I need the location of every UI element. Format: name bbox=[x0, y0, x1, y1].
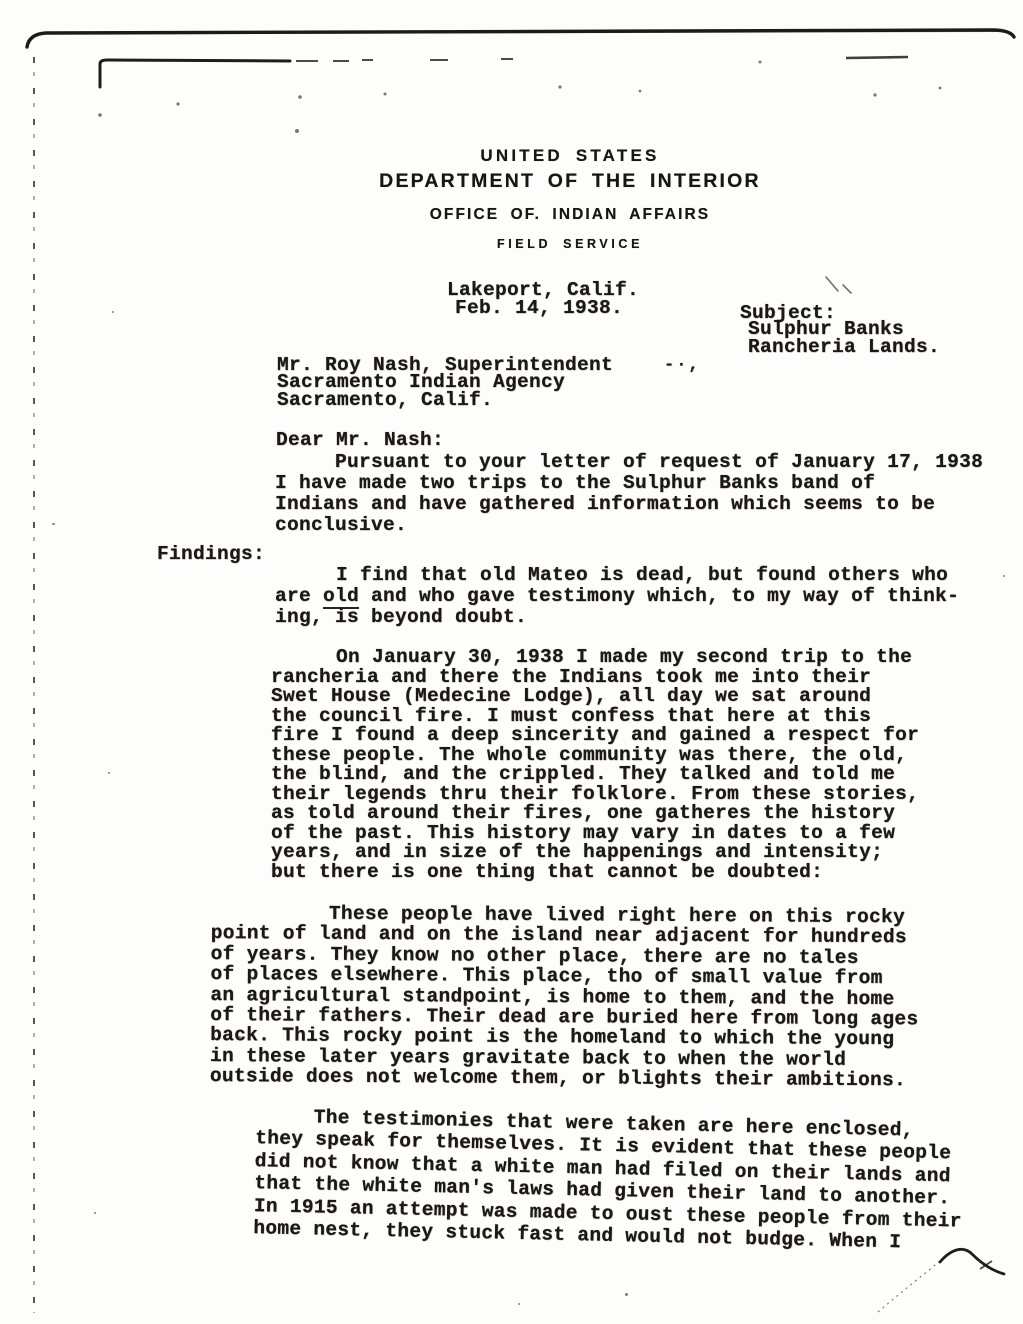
text-line: Rancheria Lands. bbox=[748, 338, 940, 356]
text-line: Indians and have gathered information wh… bbox=[275, 494, 983, 515]
scan-artifact-top-rules bbox=[0, 0, 1023, 140]
letterhead-department: DEPARTMENT OF THE INTERIOR bbox=[117, 170, 1023, 193]
paragraph-closing: The testimonies that were taken are here… bbox=[253, 1105, 964, 1255]
text-line: conclusive. bbox=[275, 515, 983, 536]
text-line: On January 30, 1938 I made my second tri… bbox=[271, 648, 919, 668]
scan-speck bbox=[108, 772, 110, 774]
text-line: Swet House (Medecine Lodge), all day we … bbox=[271, 687, 919, 707]
letterhead-office: OFFICE OF. INDIAN AFFAIRS bbox=[117, 206, 1023, 224]
paragraph-findings-2: On January 30, 1938 I made my second tri… bbox=[271, 648, 919, 882]
text-line: but there is one thing that cannot be do… bbox=[271, 863, 919, 883]
paragraph-findings-3: These people have lived right here on th… bbox=[210, 903, 919, 1091]
recipient-address: Mr. Roy Nash, SuperintendentSacramento I… bbox=[277, 357, 613, 409]
text-line: fire I found a deep sincerity and gained… bbox=[271, 726, 919, 746]
typewriter-stray-mark: -·, bbox=[664, 356, 701, 375]
text-line: outside does not welcome them, or blight… bbox=[210, 1066, 918, 1091]
scan-speck bbox=[52, 523, 55, 525]
text-line: I find that old Mateo is dead, but found… bbox=[275, 565, 959, 586]
scan-artifact-left-dashed-line bbox=[33, 57, 35, 1313]
letterhead-service: FIELD SERVICE bbox=[117, 237, 1023, 251]
text-line: are old and who gave testimony which, to… bbox=[275, 586, 959, 607]
text-line: ing, is beyond doubt. bbox=[275, 607, 959, 628]
salutation: Dear Mr. Nash: bbox=[276, 429, 444, 451]
text-line: I have made two trips to the Sulphur Ban… bbox=[275, 473, 983, 494]
dateline-date: Feb. 14, 1938. bbox=[455, 297, 623, 319]
scan-speck bbox=[518, 1303, 520, 1305]
text-line: Sacramento, Calif. bbox=[277, 392, 613, 409]
text-line: as told around their fires, one gatheres… bbox=[271, 804, 919, 824]
scan-speck bbox=[625, 1293, 628, 1296]
pen-tick-marks bbox=[820, 270, 860, 305]
paragraph-opening: Pursuant to your letter of request of Ja… bbox=[275, 452, 983, 536]
scan-speck bbox=[112, 311, 114, 313]
text-line: the blind, and the crippled. They talked… bbox=[271, 765, 919, 785]
scan-speck bbox=[1003, 575, 1005, 577]
text-line: Pursuant to your letter of request of Ja… bbox=[275, 452, 983, 473]
scanned-letter-page: UNITED STATES DEPARTMENT OF THE INTERIOR… bbox=[0, 0, 1023, 1324]
findings-heading: Findings: bbox=[157, 543, 265, 565]
text-line: years, and in size of the happenings and… bbox=[271, 843, 919, 863]
subject-lines: Sulphur BanksRancheria Lands. bbox=[748, 320, 940, 356]
paragraph-findings-1: I find that old Mateo is dead, but found… bbox=[275, 565, 959, 628]
scan-speck bbox=[94, 1212, 96, 1214]
letterhead-country: UNITED STATES bbox=[117, 146, 1023, 166]
